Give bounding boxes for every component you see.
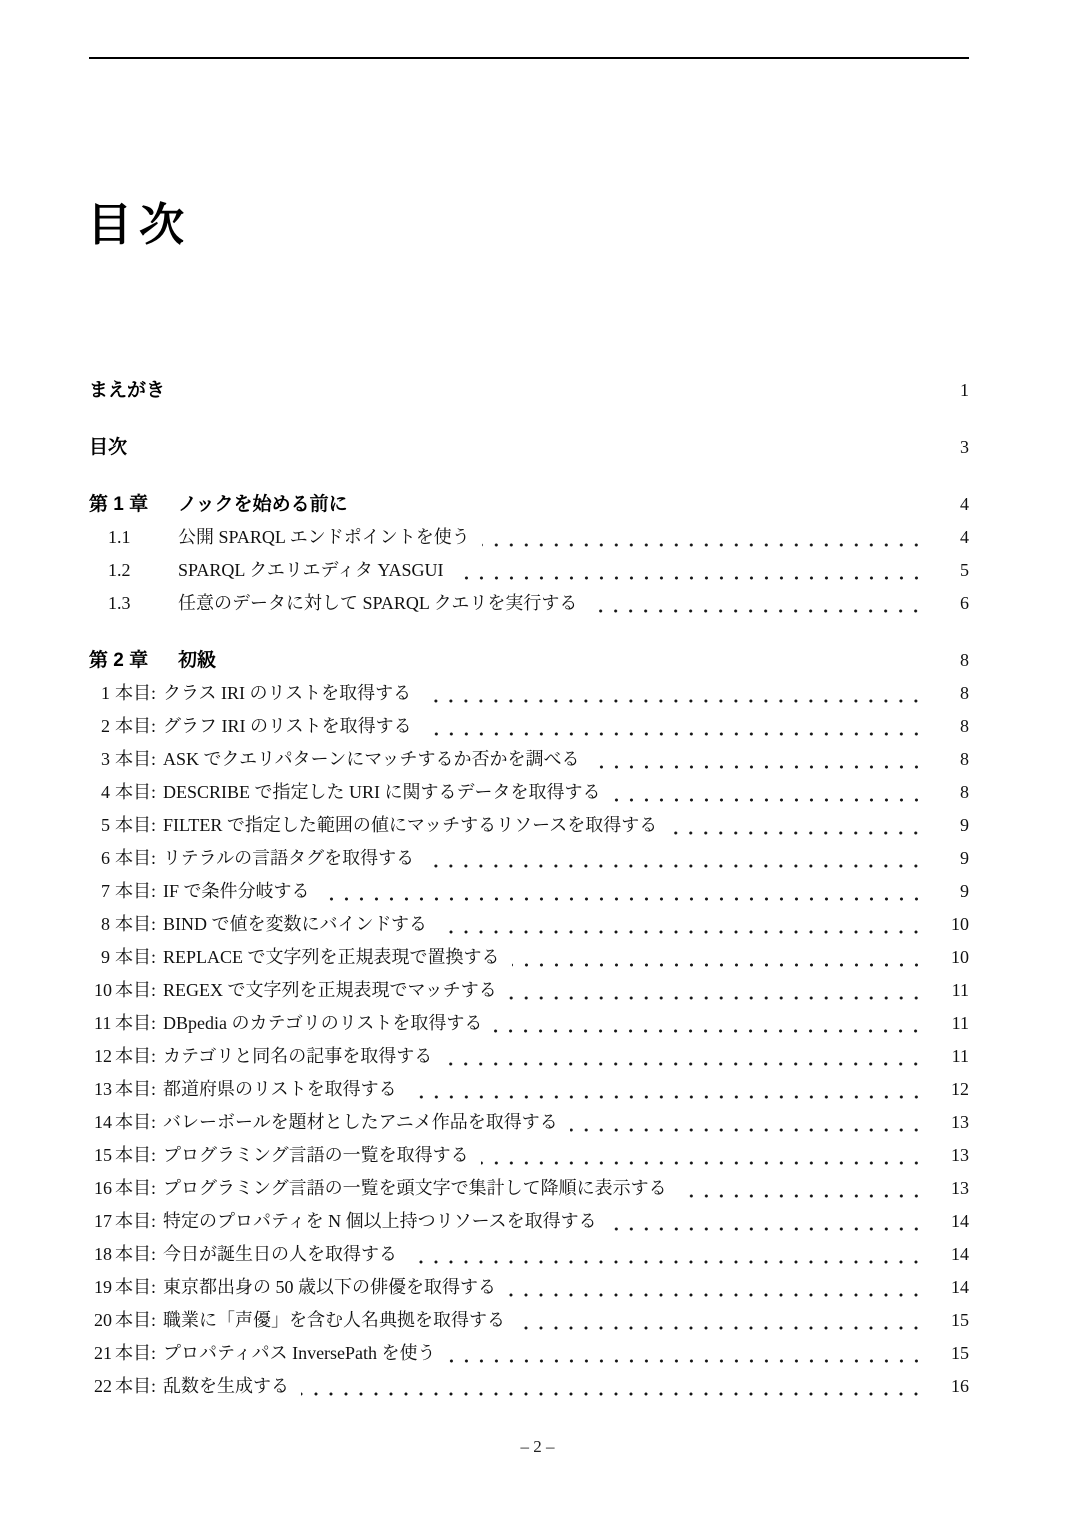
- toc-entry-page: 8: [939, 743, 969, 776]
- knock-number: 11: [94, 1007, 110, 1040]
- knock-title: FILTER で指定した範囲の値にマッチするリソースを取得する: [163, 809, 657, 842]
- dot-leader: [456, 576, 929, 580]
- section-number: 1.3: [108, 587, 178, 620]
- knock-title: BIND で値を変数にバインドする: [163, 908, 427, 941]
- toc-knock-row: 20本目:職業に「声優」を含む人名典拠を取得する15: [89, 1304, 969, 1337]
- toc-entry-label: 目次: [89, 431, 127, 464]
- section-number: 1.2: [108, 554, 178, 587]
- knock-title: REPLACE で文字列を正規表現で置換する: [163, 941, 500, 974]
- dot-leader: [679, 1194, 929, 1198]
- knock-title: REGEX で文字列を正規表現でマッチする: [163, 974, 497, 1007]
- toc-knock-row: 3本目:ASK でクエリパターンにマッチするか否かを調べる8: [89, 743, 969, 776]
- dot-leader: [409, 1095, 929, 1099]
- toc-entry-label: まえがき: [89, 374, 165, 407]
- toc-entry-page: 15: [939, 1304, 969, 1337]
- toc-section-row: 1.1公開 SPARQL エンドポイントを使う4: [89, 521, 969, 554]
- dot-leader: [424, 732, 929, 736]
- toc-knock-row: 18本目:今日が誕生日の人を取得する14: [89, 1238, 969, 1271]
- knock-title: カテゴリと同名の記事を取得する: [163, 1040, 432, 1073]
- knock-number: 4: [94, 776, 110, 809]
- toc-entry-page: 13: [939, 1106, 969, 1139]
- knock-unit: 本目:: [115, 1337, 156, 1370]
- header-rule: [89, 57, 969, 59]
- knock-number: 2: [94, 710, 110, 743]
- toc-entry-page: 8: [939, 644, 969, 677]
- knock-unit: 本目:: [115, 1271, 156, 1304]
- dot-leader: [613, 798, 929, 802]
- toc-entry-page: 11: [939, 974, 969, 1007]
- toc-entry-page: 9: [939, 842, 969, 875]
- knock-unit: 本目:: [115, 908, 156, 941]
- toc-entry-page: 9: [939, 809, 969, 842]
- knock-number: 16: [94, 1172, 110, 1205]
- toc-knock-row: 22本目:乱数を生成する16: [89, 1370, 969, 1403]
- chapter-number: 第 2 章: [89, 644, 178, 677]
- toc-entry-page: 11: [939, 1007, 969, 1040]
- chapter-number: 第 1 章: [89, 488, 178, 521]
- dot-leader: [423, 699, 929, 703]
- toc-section-row: 1.2SPARQL クエリエディタ YASGUI5: [89, 554, 969, 587]
- knock-number: 12: [94, 1040, 110, 1073]
- dot-leader: [517, 1326, 929, 1330]
- knock-unit: 本目:: [115, 677, 156, 710]
- toc-entry-page: 9: [939, 875, 969, 908]
- toc-entry-page: 11: [939, 1040, 969, 1073]
- dot-leader: [669, 831, 929, 835]
- toc-entry-page: 10: [939, 908, 969, 941]
- knock-number: 9: [94, 941, 110, 974]
- toc-knock-row: 9本目:REPLACE で文字列を正規表現で置換する10: [89, 941, 969, 974]
- knock-number: 17: [94, 1205, 110, 1238]
- knock-unit: 本目:: [115, 1205, 156, 1238]
- dot-leader: [409, 1260, 929, 1264]
- knock-title: 都道府県のリストを取得する: [163, 1073, 397, 1106]
- knock-number: 13: [94, 1073, 110, 1106]
- knock-number: 10: [94, 974, 110, 1007]
- knock-title: プログラミング言語の一覧を取得する: [163, 1139, 469, 1172]
- knock-title: IF で条件分岐する: [163, 875, 310, 908]
- knock-number: 8: [94, 908, 110, 941]
- page-title: 目次: [87, 202, 191, 247]
- knock-unit: 本目:: [115, 776, 156, 809]
- knock-number: 20: [94, 1304, 110, 1337]
- knock-title: プログラミング言語の一覧を頭文字で集計して降順に表示する: [163, 1172, 667, 1205]
- toc-knock-row: 10本目:REGEX で文字列を正規表現でマッチする11: [89, 974, 969, 1007]
- toc-knock-row: 8本目:BIND で値を変数にバインドする10: [89, 908, 969, 941]
- toc-entry-page: 13: [939, 1139, 969, 1172]
- knock-unit: 本目:: [115, 842, 156, 875]
- toc-chapter-row: 第 2 章初級8: [89, 644, 969, 677]
- toc-knock-row: 14本目:バレーボールを題材としたアニメ作品を取得する13: [89, 1106, 969, 1139]
- toc-entry-page: 4: [939, 488, 969, 521]
- knock-number: 14: [94, 1106, 110, 1139]
- toc-knock-row: 17本目:特定のプロパティを N 個以上持つリソースを取得する14: [89, 1205, 969, 1238]
- knock-number: 7: [94, 875, 110, 908]
- knock-unit: 本目:: [115, 743, 156, 776]
- toc-entry-page: 14: [939, 1271, 969, 1304]
- knock-unit: 本目:: [115, 1007, 156, 1040]
- knock-number: 5: [94, 809, 110, 842]
- toc-entry-page: 13: [939, 1172, 969, 1205]
- knock-title: DBpedia のカテゴリのリストを取得する: [163, 1007, 482, 1040]
- toc-knock-row: 6本目:リテラルの言語タグを取得する9: [89, 842, 969, 875]
- knock-title: クラス IRI のリストを取得する: [163, 677, 411, 710]
- dot-leader: [494, 1029, 929, 1033]
- dot-leader: [448, 1359, 929, 1363]
- toc-entry-page: 1: [939, 374, 969, 407]
- dot-leader: [592, 765, 929, 769]
- knock-title: バレーボールを題材としたアニメ作品を取得する: [163, 1106, 558, 1139]
- dot-leader: [508, 1293, 929, 1297]
- toc-entry-page: 6: [939, 587, 969, 620]
- dot-leader: [482, 543, 929, 547]
- toc-knock-row: 21本目:プロパティパス InversePath を使う15: [89, 1337, 969, 1370]
- toc-entry-page: 8: [939, 677, 969, 710]
- knock-unit: 本目:: [115, 941, 156, 974]
- toc-entry-page: 15: [939, 1337, 969, 1370]
- dot-leader: [509, 996, 929, 1000]
- dot-leader: [301, 1392, 929, 1396]
- section-title: SPARQL クエリエディタ YASGUI: [178, 554, 444, 587]
- toc-knock-row: 19本目:東京都出身の 50 歳以下の俳優を取得する14: [89, 1271, 969, 1304]
- toc-knock-row: 11本目:DBpedia のカテゴリのリストを取得する11: [89, 1007, 969, 1040]
- knock-number: 22: [94, 1370, 110, 1403]
- toc-entry-page: 4: [939, 521, 969, 554]
- knock-title: プロパティパス InversePath を使う: [163, 1337, 436, 1370]
- toc-entry-page: 8: [939, 710, 969, 743]
- knock-title: ASK でクエリパターンにマッチするか否かを調べる: [163, 743, 580, 776]
- knock-unit: 本目:: [115, 1040, 156, 1073]
- knock-unit: 本目:: [115, 1139, 156, 1172]
- toc-entry-page: 12: [939, 1073, 969, 1106]
- toc-entry-page: 8: [939, 776, 969, 809]
- toc-entry-page: 10: [939, 941, 969, 974]
- knock-unit: 本目:: [115, 1106, 156, 1139]
- knock-unit: 本目:: [115, 809, 156, 842]
- knock-title: リテラルの言語タグを取得する: [163, 842, 414, 875]
- toc-knock-row: 5本目:FILTER で指定した範囲の値にマッチするリソースを取得する9: [89, 809, 969, 842]
- dot-leader: [481, 1161, 929, 1165]
- toc-entry-page: 5: [939, 554, 969, 587]
- knock-title: 特定のプロパティを N 個以上持つリソースを取得する: [163, 1205, 597, 1238]
- knock-unit: 本目:: [115, 1073, 156, 1106]
- toc-entry-page: 3: [939, 431, 969, 464]
- toc-knock-row: 13本目:都道府県のリストを取得する12: [89, 1073, 969, 1106]
- dot-leader: [444, 1062, 929, 1066]
- knock-title: 職業に「声優」を含む人名典拠を取得する: [163, 1304, 505, 1337]
- section-title: 公開 SPARQL エンドポイントを使う: [178, 521, 470, 554]
- knock-unit: 本目:: [115, 1370, 156, 1403]
- knock-title: DESCRIBE で指定した URI に関するデータを取得する: [163, 776, 601, 809]
- knock-title: 今日が誕生日の人を取得する: [163, 1238, 397, 1271]
- dot-leader: [512, 963, 929, 967]
- knock-number: 1: [94, 677, 110, 710]
- toc-list: まえがき1目次3第 1 章ノックを始める前に41.1公開 SPARQL エンドポ…: [89, 374, 969, 1403]
- knock-number: 18: [94, 1238, 110, 1271]
- dot-leader: [426, 864, 929, 868]
- toc-knock-row: 1本目:クラス IRI のリストを取得する8: [89, 677, 969, 710]
- toc-knock-row: 15本目:プログラミング言語の一覧を取得する13: [89, 1139, 969, 1172]
- knock-number: 15: [94, 1139, 110, 1172]
- toc-entry-page: 14: [939, 1205, 969, 1238]
- dot-leader: [609, 1227, 929, 1231]
- knock-number: 21: [94, 1337, 110, 1370]
- dot-leader: [322, 897, 929, 901]
- dot-leader: [589, 609, 929, 613]
- toc-front-row: 目次3: [89, 431, 969, 464]
- knock-unit: 本目:: [115, 710, 156, 743]
- knock-unit: 本目:: [115, 974, 156, 1007]
- toc-entry-page: 16: [939, 1370, 969, 1403]
- toc-section-row: 1.3任意のデータに対して SPARQL クエリを実行する6: [89, 587, 969, 620]
- knock-title: 東京都出身の 50 歳以下の俳優を取得する: [163, 1271, 496, 1304]
- toc-knock-row: 4本目:DESCRIBE で指定した URI に関するデータを取得する8: [89, 776, 969, 809]
- toc-front-row: まえがき1: [89, 374, 969, 407]
- toc-knock-row: 7本目:IF で条件分岐する9: [89, 875, 969, 908]
- toc-knock-row: 16本目:プログラミング言語の一覧を頭文字で集計して降順に表示する13: [89, 1172, 969, 1205]
- knock-unit: 本目:: [115, 1238, 156, 1271]
- toc-knock-row: 12本目:カテゴリと同名の記事を取得する11: [89, 1040, 969, 1073]
- dot-leader: [439, 930, 929, 934]
- knock-title: 乱数を生成する: [163, 1370, 289, 1403]
- dot-leader: [570, 1128, 929, 1132]
- knock-unit: 本目:: [115, 1304, 156, 1337]
- knock-number: 6: [94, 842, 110, 875]
- toc-knock-row: 2本目:グラフ IRI のリストを取得する8: [89, 710, 969, 743]
- toc-chapter-row: 第 1 章ノックを始める前に4: [89, 488, 969, 521]
- knock-number: 3: [94, 743, 110, 776]
- chapter-title: 初級: [178, 644, 216, 677]
- knock-unit: 本目:: [115, 1172, 156, 1205]
- toc-entry-page: 14: [939, 1238, 969, 1271]
- page-footer: – 2 –: [0, 1437, 1075, 1457]
- knock-number: 19: [94, 1271, 110, 1304]
- knock-title: グラフ IRI のリストを取得する: [163, 710, 412, 743]
- section-title: 任意のデータに対して SPARQL クエリを実行する: [178, 587, 577, 620]
- section-number: 1.1: [108, 521, 178, 554]
- chapter-title: ノックを始める前に: [178, 488, 348, 521]
- knock-unit: 本目:: [115, 875, 156, 908]
